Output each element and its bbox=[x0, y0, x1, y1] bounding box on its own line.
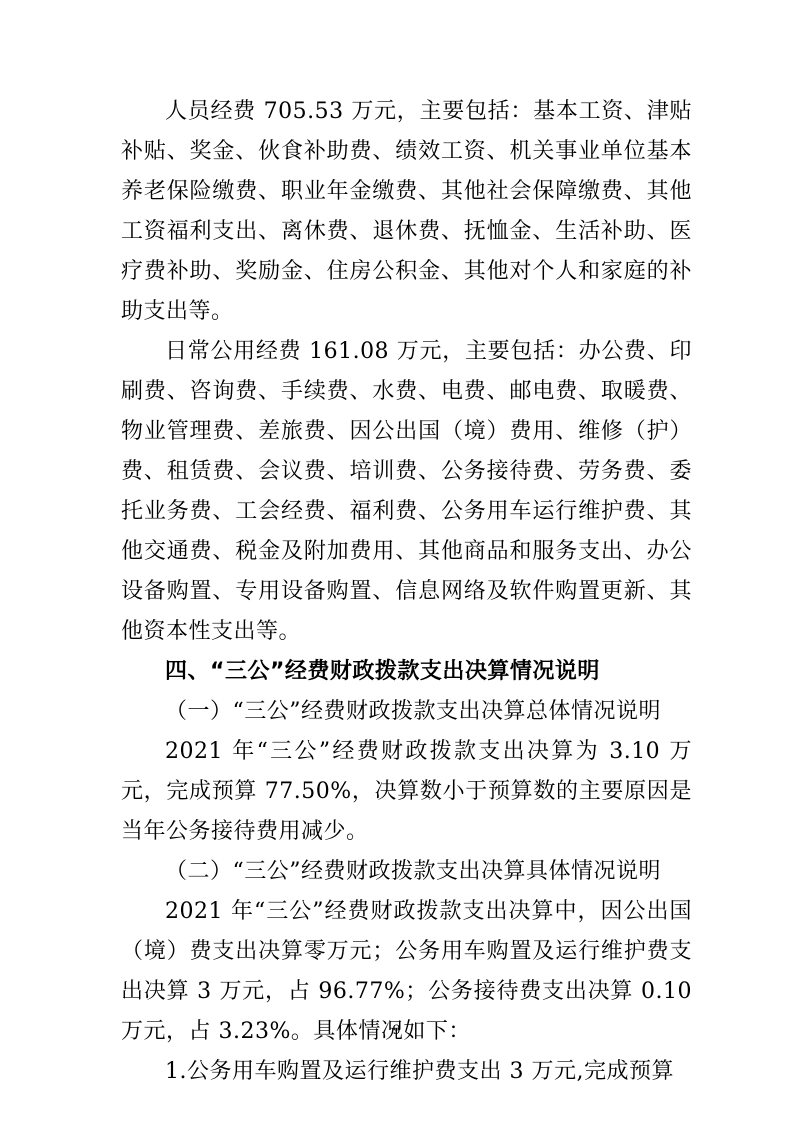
document-content: 人员经费 705.53 万元，主要包括：基本工资、津贴补贴、奖金、伙食补助费、绩… bbox=[121, 92, 692, 1092]
paragraph-overall-situation: 2021 年“三公”经费财政拨款支出决算为 3.10 万元，完成预算 77.50… bbox=[121, 732, 692, 852]
paragraph-personnel-expense: 人员经费 705.53 万元，主要包括：基本工资、津贴补贴、奖金、伙食补助费、绩… bbox=[121, 92, 692, 332]
subsection-heading-specific: （二）“三公”经费财政拨款支出决算具体情况说明 bbox=[121, 852, 692, 892]
section-heading-three-public-funds: 四、“三公”经费财政拨款支出决算情况说明 bbox=[121, 652, 692, 692]
document-page: 人员经费 705.53 万元，主要包括：基本工资、津贴补贴、奖金、伙食补助费、绩… bbox=[0, 0, 793, 1122]
paragraph-vehicle-expense: 1.公务用车购置及运行维护费支出 3 万元,完成预算 bbox=[121, 1052, 692, 1092]
page-number: 9 bbox=[0, 1022, 793, 1040]
paragraph-daily-public-expense: 日常公用经费 161.08 万元，主要包括：办公费、印刷费、咨询费、手续费、水费… bbox=[121, 332, 692, 652]
subsection-heading-overall: （一）“三公”经费财政拨款支出决算总体情况说明 bbox=[121, 692, 692, 732]
